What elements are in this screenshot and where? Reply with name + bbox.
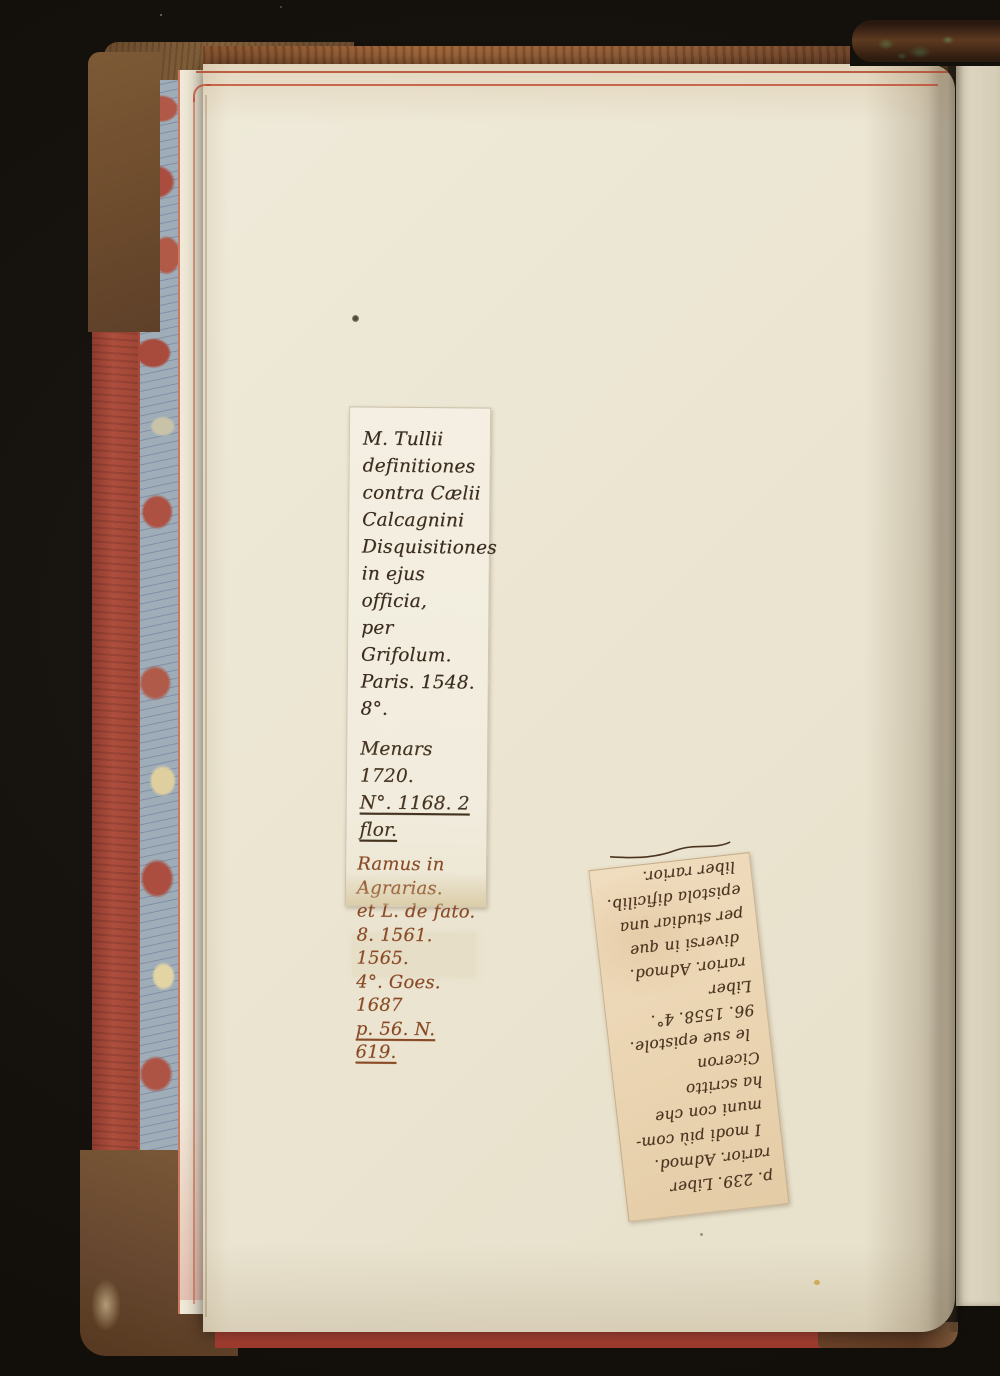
red-edge-line [196, 71, 948, 73]
handwriting-line: contra Cælii [362, 480, 483, 508]
handwriting-line-underlined: p. 56. N. 619. [355, 1017, 478, 1065]
title-slip-provenance: Menars 1720. N°. 1168. 2 flor. [346, 722, 487, 844]
fore-edge-page-sliver [956, 56, 1000, 1306]
dust-specks [160, 14, 162, 16]
handwriting-line: Menars 1720. [360, 735, 481, 790]
title-slip-entry: M. Tullii definitiones contra Cælii Calc… [347, 407, 490, 723]
tape-residue [346, 871, 486, 906]
handwriting-line: Calcagnini [362, 507, 483, 535]
handwriting-line: per Grifolum. [361, 615, 482, 670]
title-slip: M. Tullii definitiones contra Cælii Calc… [345, 406, 491, 907]
handwriting-line: M. Tullii [363, 426, 484, 454]
page-crease [928, 64, 958, 1332]
leaf-edge-shadow [205, 95, 207, 1317]
red-rule-corner [193, 84, 211, 102]
handwriting-line: Disquisitiones [362, 534, 483, 562]
leather-board-left [88, 52, 160, 332]
red-rule-left [193, 98, 195, 1304]
handwriting-line: Paris. 1548. 8°. [360, 669, 481, 724]
handwriting-line: in ejus officia, [361, 561, 482, 616]
flyleaf-pink-tint [180, 1100, 204, 1300]
handwriting-line-underlined: N°. 1168. 2 flor. [359, 789, 480, 844]
red-rule-top [206, 84, 938, 86]
paper-stain-speck [814, 1280, 820, 1285]
handwriting-line: 8. 1561. 1565. [356, 923, 479, 971]
handwriting-line: definitiones [363, 453, 484, 481]
headcap-mottling [862, 26, 980, 64]
paper-speck [352, 315, 359, 322]
leather-worn-spot [86, 1270, 126, 1340]
main-page [203, 64, 955, 1332]
paper-speck-small [700, 1233, 703, 1236]
red-board-edge [92, 260, 138, 1272]
handwriting-line: 4°. Goes. 1687 [356, 970, 479, 1018]
